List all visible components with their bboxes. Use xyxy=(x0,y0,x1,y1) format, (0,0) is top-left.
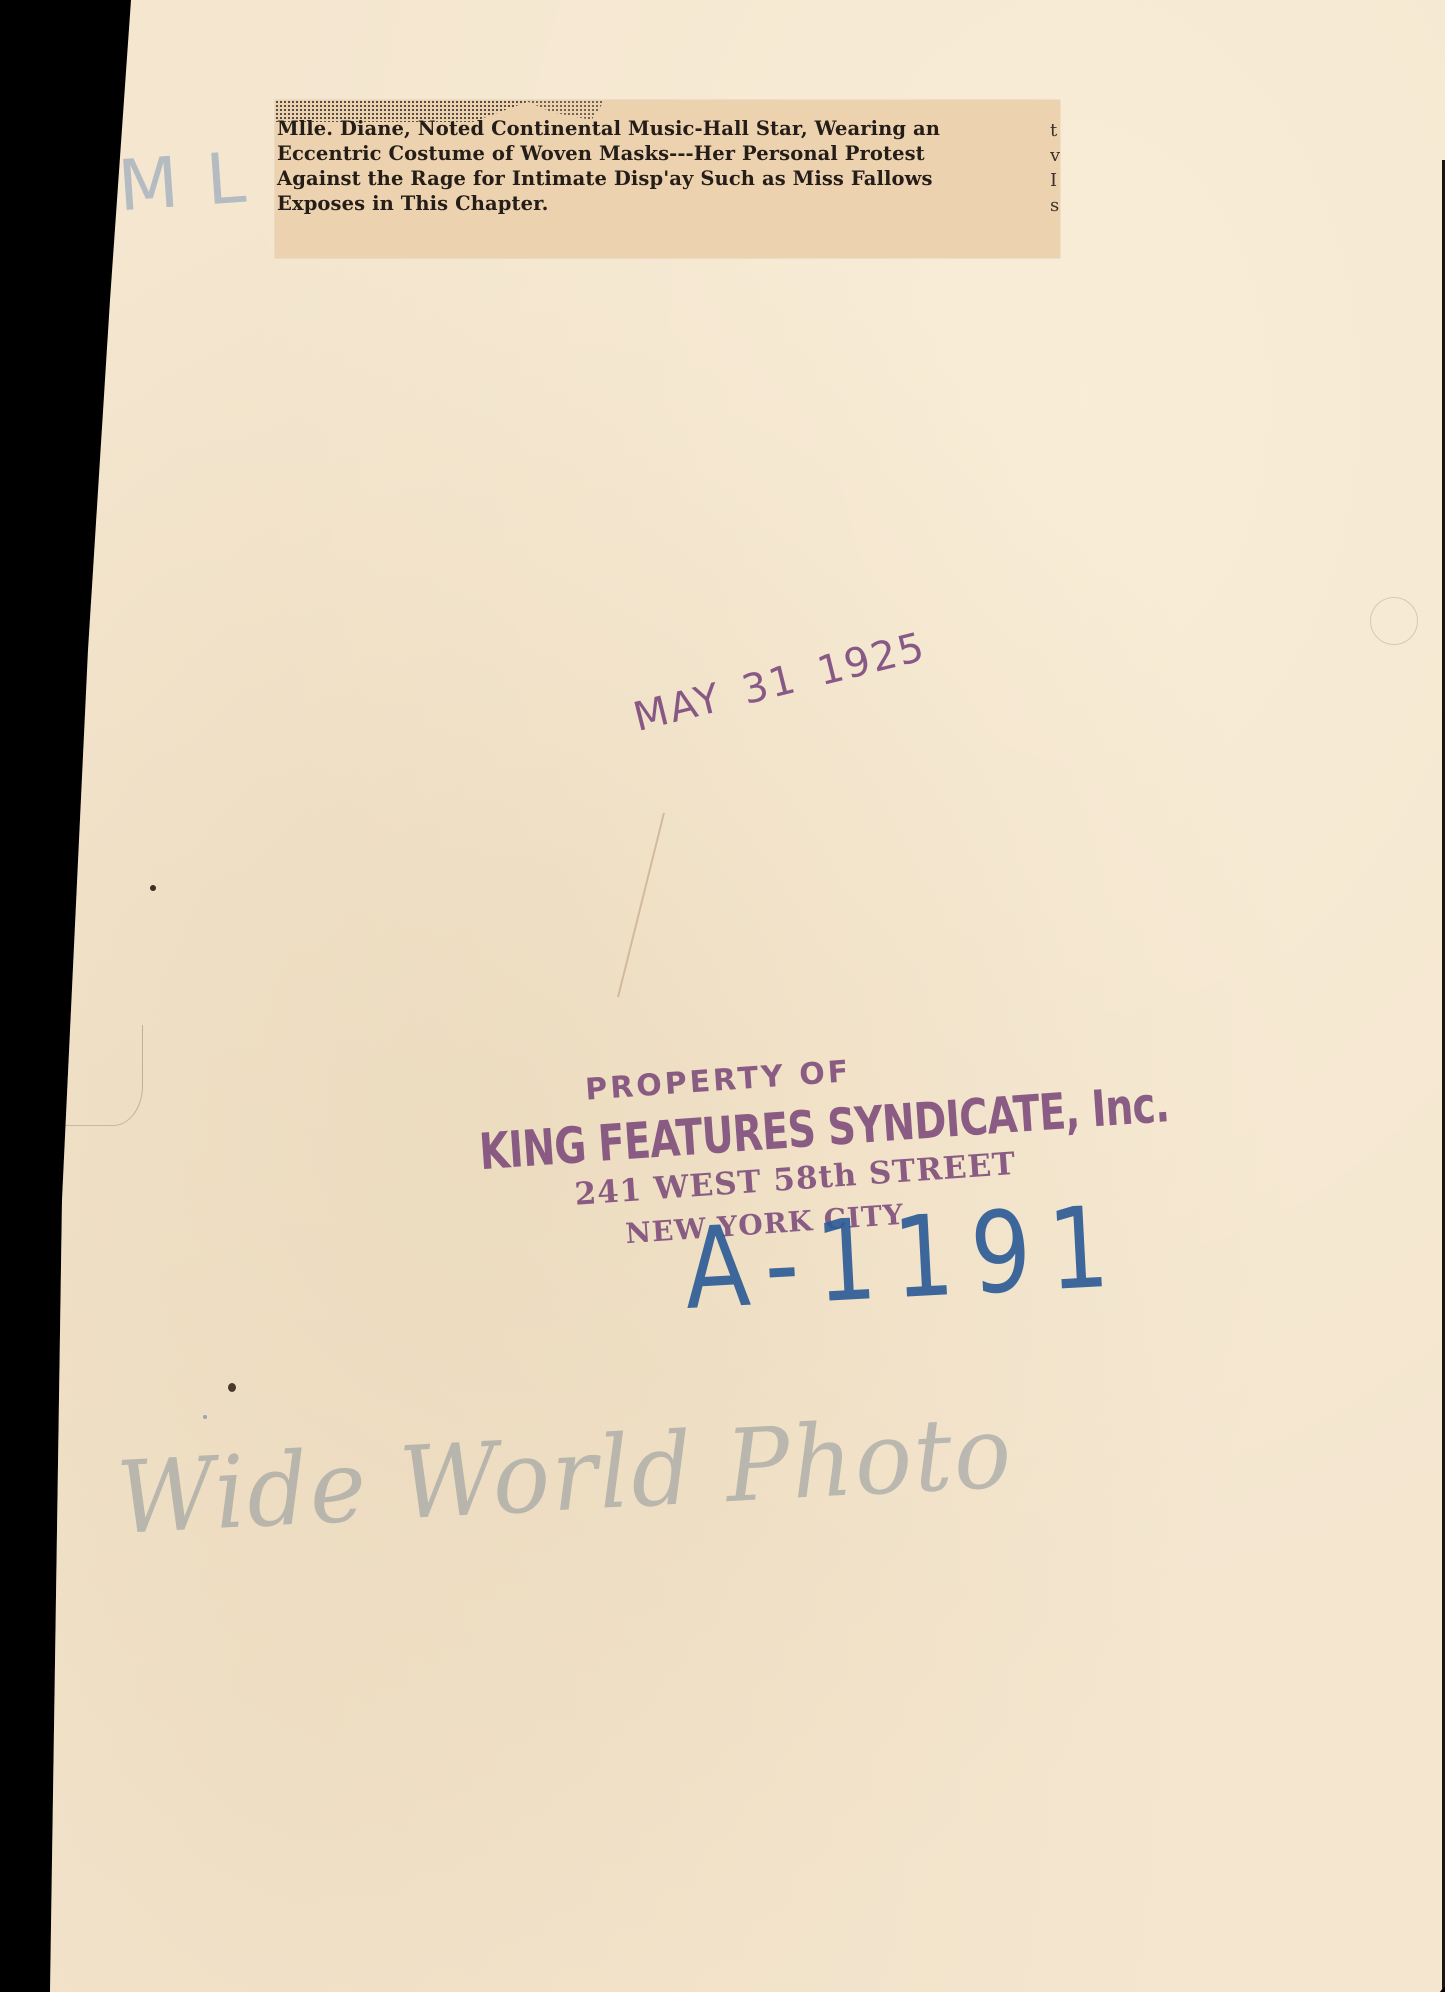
cutoff-fragment: t xyxy=(1050,118,1060,143)
cutoff-fragment: I xyxy=(1050,168,1060,193)
caption-line: Mlle. Diane, Noted Continental Music-Hal… xyxy=(277,116,1037,141)
ink-spot xyxy=(150,885,156,891)
caption-line: Eccentric Costume of Woven Masks---Her P… xyxy=(277,141,1037,166)
pencil-photo-credit: Wide World Photo xyxy=(114,1393,1016,1557)
caption-line: Against the Rage for Intimate Disp'ay Su… xyxy=(277,166,1037,191)
paper-tear xyxy=(62,1025,143,1126)
ring-stain xyxy=(1370,597,1418,645)
cutoff-fragment: s xyxy=(1050,193,1060,218)
caption-line: Exposes in This Chapter. xyxy=(277,191,1037,216)
ink-spot xyxy=(203,1415,207,1419)
cutoff-fragment: v xyxy=(1050,143,1060,168)
date-stamp: MAY 31 1925 xyxy=(629,624,931,741)
handwritten-catalog-number: A-1191 xyxy=(681,1182,1129,1335)
pencil-initials: ML xyxy=(115,135,276,228)
adjacent-column-cutoff: t v I s xyxy=(1050,118,1060,218)
paper-crease xyxy=(617,813,665,998)
photo-back-paper: ML Mlle. Diane, Noted Continental Music-… xyxy=(0,0,1445,1992)
newspaper-clipping: Mlle. Diane, Noted Continental Music-Hal… xyxy=(275,100,1060,258)
clipping-caption: Mlle. Diane, Noted Continental Music-Hal… xyxy=(277,116,1037,216)
ink-spot xyxy=(228,1383,236,1392)
